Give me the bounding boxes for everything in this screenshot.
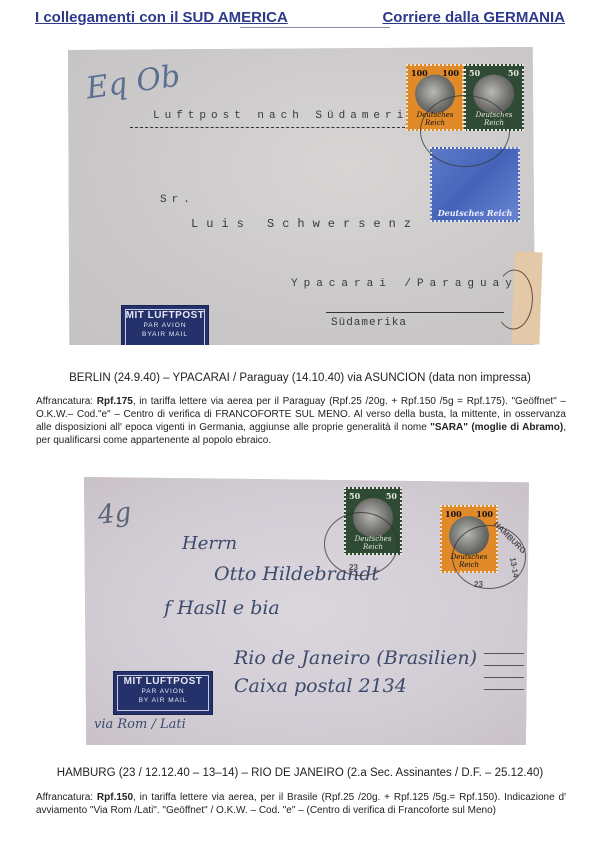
header-divider [240,27,390,28]
cover-1-postmark-icon [420,95,510,167]
cover-1-salutation: Sr. [160,194,195,206]
cover-2-recipient-city: Rio de Janeiro (Brasilien) [234,647,477,669]
cover-1-recipient-city: Ypacarai /Paraguay [291,278,518,290]
cover-2-handwritten-note: 4g [97,497,133,530]
cancel-line [484,677,524,678]
page-title-right: Corriere dalla GERMANIA [382,9,565,26]
cancel-line [484,689,524,690]
cover-1-recipient-name: Luis Schwersenz [191,217,419,231]
cancel-line [484,653,524,654]
censor-stamp-icon [494,269,534,330]
cover-2-envelope: 4g Herrn Otto Hildebrandt f Hasll e bia … [84,477,529,745]
cover-1-recipient-country: Südamerika [331,317,407,329]
cover-1-caption: BERLIN (24.9.40) – YPACARAI / Paraguay (… [0,372,600,384]
cover-1-description: Affrancatura: Rpf.175, in tariffa letter… [36,395,566,447]
cover-2-recipient-box: Caixa postal 2134 [234,675,407,697]
cover-2-recipient-company: f Hasll e bia [164,597,280,619]
cover-2-salutation: Herrn [182,533,237,554]
cover-2-description: Affrancatura: Rpf.150, in tariffa letter… [36,791,566,817]
cover-1-typed-line: Luftpost nach Südamerika [153,110,431,122]
cancel-line [484,665,524,666]
cover-2-postmark-icon [324,512,398,576]
cover-2-postmark-number: 23 [349,563,358,572]
cover-2-postmark-number: 23 [474,580,483,589]
cover-1-airmail-label: MIT LUFTPOST PAR AVION BYAIR MAIL [121,305,209,353]
cover-1-envelope: Eq Ob Luftpost nach Südamerika Sr. Luis … [68,47,535,345]
page-title-left: I collegamenti con il SUD AMERICA [35,9,288,26]
cover-2-routing-note: via Rom / Lati [94,717,186,732]
cover-1-address-underline [326,312,504,313]
cover-2-airmail-label: MIT LUFTPOST PAR AVION BY AIR MAIL [113,671,213,715]
cover-1-censor-strip [511,252,542,345]
cover-1-handwritten-note: Eq Ob [84,59,182,107]
cover-2-caption: HAMBURG (23 / 12.12.40 – 13–14) – RIO DE… [0,767,600,779]
cover-1-dashed-underline [130,127,405,128]
